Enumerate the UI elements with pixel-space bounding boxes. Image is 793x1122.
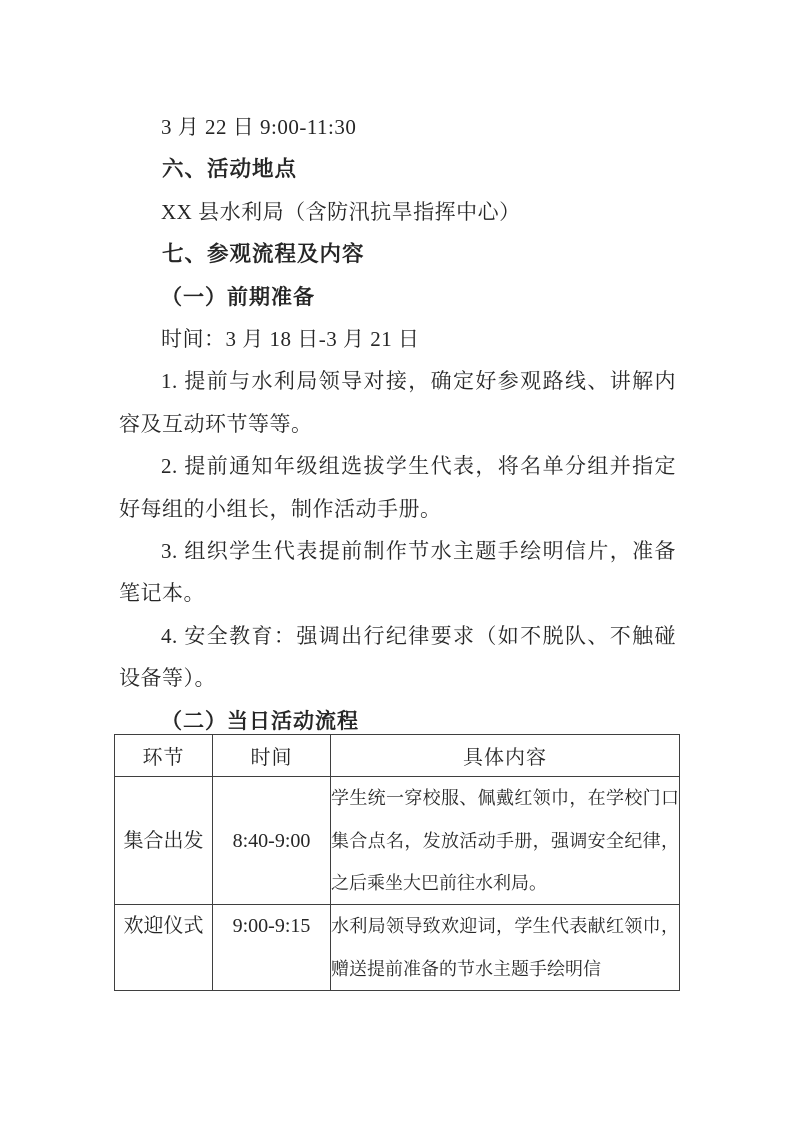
paragraph-prep-item-4: 4. 安全教育：强调出行纪律要求（如不脱队、不触碰设备等）。 — [119, 615, 676, 700]
paragraph-event-datetime: 3 月 22 日 9:00-11:30 — [119, 106, 676, 148]
document-content: 3 月 22 日 9:00-11:30 六、活动地点 XX 县水利局（含防汛抗旱… — [119, 106, 676, 991]
table-cell-stage: 集合出发 — [115, 777, 213, 905]
heading-section-seven-process: 七、参观流程及内容 — [119, 233, 676, 275]
table-cell-stage: 欢迎仪式 — [115, 905, 213, 991]
paragraph-prep-item-1: 1. 提前与水利局领导对接，确定好参观路线、讲解内容及互动环节等等。 — [119, 360, 676, 445]
table-cell-content: 学生统一穿校服、佩戴红领巾，在学校门口集合点名，发放活动手册，强调安全纪律，之后… — [331, 777, 680, 905]
paragraph-prep-item-3: 3. 组织学生代表提前制作节水主题手绘明信片，准备笔记本。 — [119, 530, 676, 615]
table-row-assembly-departure: 集合出发 8:40-9:00 学生统一穿校服、佩戴红领巾，在学校门口集合点名，发… — [115, 777, 680, 905]
paragraph-prep-item-2: 2. 提前通知年级组选拔学生代表，将名单分组并指定好每组的小组长，制作活动手册。 — [119, 445, 676, 530]
paragraph-prep-time: 时间：3 月 18 日-3 月 21 日 — [119, 318, 676, 360]
table-header-content: 具体内容 — [331, 735, 680, 777]
subheading-preparation: （一）前期准备 — [119, 276, 676, 318]
table-row-welcome-ceremony: 欢迎仪式 9:00-9:15 水利局领导致欢迎词，学生代表献红领巾，赠送提前准备… — [115, 905, 680, 991]
table-cell-content: 水利局领导致欢迎词，学生代表献红领巾，赠送提前准备的节水主题手绘明信 — [331, 905, 680, 991]
heading-section-six-location: 六、活动地点 — [119, 148, 676, 190]
table-cell-time: 9:00-9:15 — [213, 905, 331, 991]
schedule-table: 环节 时间 具体内容 集合出发 8:40-9:00 学生统一穿校服、佩戴红领巾，… — [114, 734, 680, 991]
table-cell-time: 8:40-9:00 — [213, 777, 331, 905]
paragraph-location: XX 县水利局（含防汛抗旱指挥中心） — [119, 191, 676, 233]
document-page: 3 月 22 日 9:00-11:30 六、活动地点 XX 县水利局（含防汛抗旱… — [0, 0, 793, 1122]
